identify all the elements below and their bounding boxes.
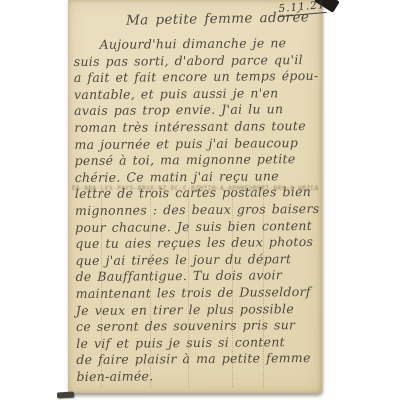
letter-line: le vif et puis je suis si content [76, 334, 318, 353]
fold-dotted-line [101, 190, 102, 388]
letter-line: vantable, et puis aussi je n'en [74, 85, 316, 104]
letter-line: ma journée et puis j'ai beaucoup [74, 135, 316, 154]
letter-line: suis pas sorti, d'abord parce qu'il [74, 52, 316, 71]
fold-dotted-line [188, 190, 189, 388]
letter-line: que j'ai tirées le jour du départ [75, 251, 317, 270]
letter-line: ce seront des souvenirs pris sur [76, 317, 318, 336]
letter-line: Aujourd'hui dimanche je ne [73, 35, 315, 54]
letter-line: avais pas trop envie. J'ai lu un [74, 101, 316, 120]
postcard-paper: 5.11.21 Ma petite femme adorée Aujourd'h… [68, 0, 322, 393]
letter-line: pensé à toi, ma mignonne petite [74, 151, 316, 170]
fold-dotted-line [263, 190, 264, 388]
letter-body: Aujourd'hui dimanche je ne suis pas sort… [73, 35, 318, 386]
letter-line: Je veux en tirer le plus possible [76, 300, 318, 319]
fold-dotted-line [150, 190, 151, 388]
letter-line: roman très intéressant dans toute [74, 118, 316, 137]
letter-line: que tu aies reçues les deux photos [75, 234, 317, 253]
printed-showthrough-strip: ES-BRA-LES-PAYS-BRUX-RZ-DC-C-RZHTIH-A-AP… [72, 184, 318, 193]
letter-line: bien-aimée. [76, 367, 318, 386]
fold-dotted-line [232, 190, 233, 388]
letter-line: de Bauffantigue. Tu dois avoir [76, 267, 318, 286]
letter-line: mignonnes : des beaux gros baisers [75, 201, 317, 220]
letter-salutation: Ma petite femme adorée [126, 9, 306, 28]
letter-line: maintenant les trois de Dusseldorf [76, 284, 318, 303]
letter-line: de faire plaisir à ma petite femme [76, 350, 318, 369]
letter-line: pour chacune. Je suis bien content [75, 217, 317, 236]
scanned-postcard-scene: 5.11.21 Ma petite femme adorée Aujourd'h… [0, 0, 400, 400]
letter-line: a fait et fait encore un temps épou- [74, 68, 316, 87]
dark-smudge-mark [57, 392, 74, 399]
